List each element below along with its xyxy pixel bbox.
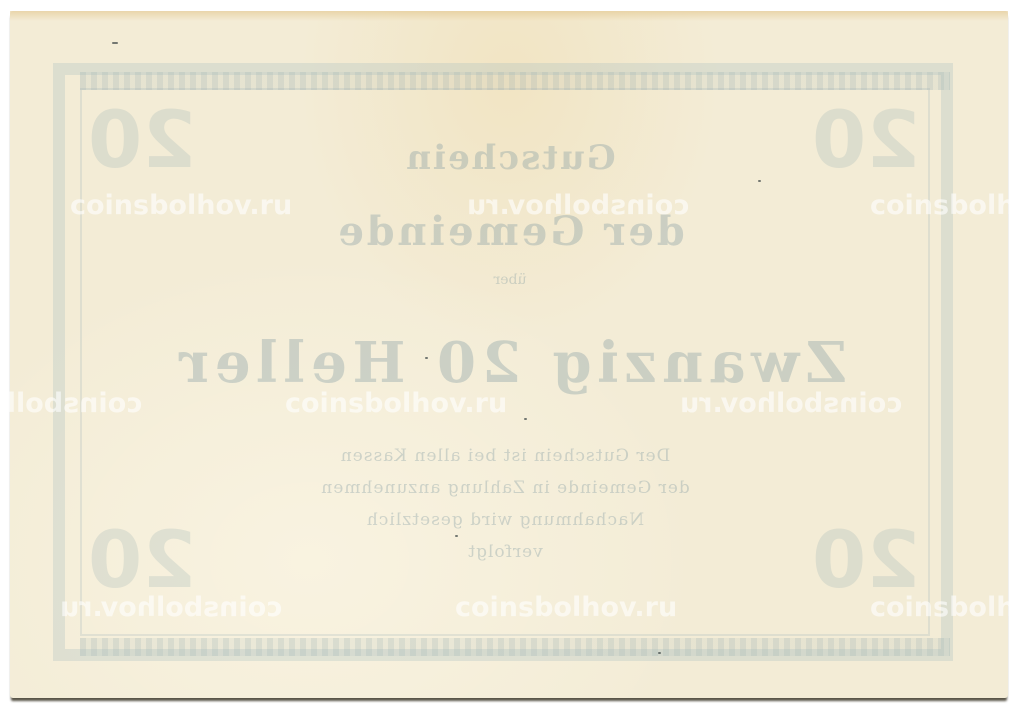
watermark: coinsbolhov.ru: [455, 592, 677, 623]
paper-speck: [658, 652, 661, 654]
show-through-body-line: verfolgt: [185, 542, 825, 562]
corner-denomination-top-right: 20: [812, 96, 921, 186]
paper-speck: [425, 357, 428, 359]
paper-speck: [758, 180, 761, 182]
paper-speck: [112, 42, 118, 44]
watermark: coinsbolhov.ru: [285, 388, 507, 419]
watermark: coinsbolhov.ru: [0, 388, 142, 419]
watermark: coinsbolhov.ru: [870, 190, 1033, 221]
show-through-body-line: Nachahmung wird gesetzlich: [185, 510, 825, 530]
watermark: coinsbolhov.ru: [70, 190, 292, 221]
watermark: coinsbolhov.ru: [467, 190, 689, 221]
watermark: coinsbolhov.ru: [60, 592, 282, 623]
watermark: coinsbolhov.ru: [870, 592, 1033, 623]
paper-speck: [455, 535, 458, 537]
show-through-title: Gutschein: [200, 138, 820, 178]
watermark: coinsbolhov.ru: [680, 388, 902, 419]
show-through-amount: Zwanzig 20 Heller: [80, 330, 940, 396]
show-through-body-line: der Gemeinde in Zahlung anzunehmen: [185, 478, 825, 498]
corner-denomination-top-left: 20: [88, 96, 197, 186]
show-through-small-line: über: [440, 272, 580, 288]
paper-speck: [524, 418, 527, 420]
show-through-body-line: Der Gutschein ist bei allen Kassen: [185, 446, 825, 466]
